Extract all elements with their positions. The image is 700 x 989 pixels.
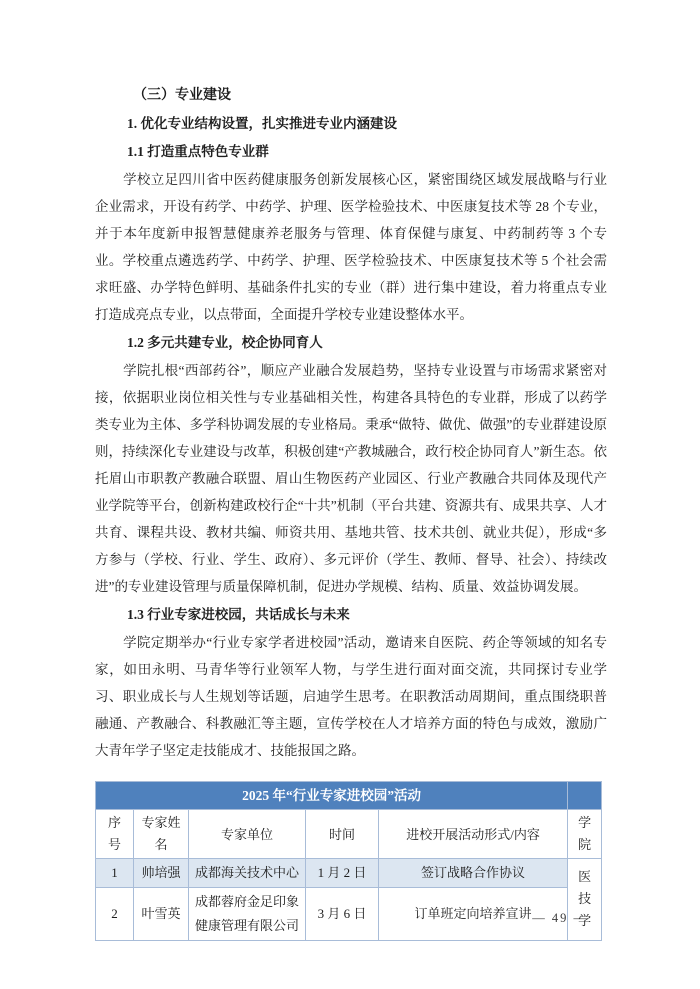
cell-time: 3 月 6 日 <box>306 888 379 941</box>
heading-1: 1. 优化专业结构设置，扎实推进专业内涵建设 <box>127 110 607 137</box>
table-row: 1 帅培强 成都海关技术中心 1 月 2 日 签订战略合作协议 医技学 <box>96 859 602 888</box>
col-header-no: 序号 <box>96 810 134 859</box>
activity-table: 2025 年“行业专家进校园”活动 序号 专家姓名 专家单位 时间 进校开展活动… <box>95 781 602 941</box>
table-header-row: 序号 专家姓名 专家单位 时间 进校开展活动形式/内容 学院 <box>96 810 602 859</box>
footer-page-number: — 49 — <box>532 911 588 926</box>
col-header-activity: 进校开展活动形式/内容 <box>379 810 568 859</box>
cell-no: 2 <box>96 888 134 941</box>
document-page: （三）专业建设 1. 优化专业结构设置，扎实推进专业内涵建设 1.1 打造重点特… <box>95 0 607 941</box>
col-header-org: 专家单位 <box>189 810 306 859</box>
heading-1-2: 1.2 多元共建专业，校企协同育人 <box>127 329 607 356</box>
cell-activity: 签订战略合作协议 <box>379 859 568 888</box>
col-header-college-label: 学院 <box>578 812 591 856</box>
cell-time: 1 月 2 日 <box>306 859 379 888</box>
col-header-name-label: 专家姓名 <box>141 812 181 856</box>
col-header-name: 专家姓名 <box>134 810 189 859</box>
section-heading: （三）专业建设 <box>133 82 607 109</box>
table-title: 2025 年“行业专家进校园”活动 <box>96 782 568 810</box>
paragraph-1-2: 学院扎根“西部药谷”，顺应产业融合发展趋势，坚持专业设置与市场需求紧密对接，依据… <box>95 357 607 600</box>
col-header-time: 时间 <box>306 810 379 859</box>
table-row: 2 叶雪英 成都蓉府金足印象健康管理有限公司 3 月 6 日 订单班定向培养宣讲 <box>96 888 602 941</box>
paragraph-1-1: 学校立足四川省中医药健康服务创新发展核心区，紧密围绕区域发展战略与行业企业需求，… <box>95 166 607 328</box>
col-header-college: 学院 <box>568 810 602 859</box>
cell-no: 1 <box>96 859 134 888</box>
heading-1-1: 1.1 打造重点特色专业群 <box>127 138 607 165</box>
table-title-row: 2025 年“行业专家进校园”活动 <box>96 782 602 810</box>
cell-name: 帅培强 <box>134 859 189 888</box>
table-title-spacer-cell <box>568 782 602 810</box>
paragraph-1-3: 学院定期举办“行业专家学者进校园”活动，邀请来自医院、药企等领域的知名专家，如田… <box>95 629 607 764</box>
cell-org: 成都蓉府金足印象健康管理有限公司 <box>189 888 306 941</box>
cell-name: 叶雪英 <box>134 888 189 941</box>
cell-org: 成都海关技术中心 <box>189 859 306 888</box>
col-header-no-label: 序号 <box>108 812 121 856</box>
cell-college: 医技学 <box>568 859 602 941</box>
heading-1-3: 1.3 行业专家进校园，共话成长与未来 <box>127 601 607 628</box>
